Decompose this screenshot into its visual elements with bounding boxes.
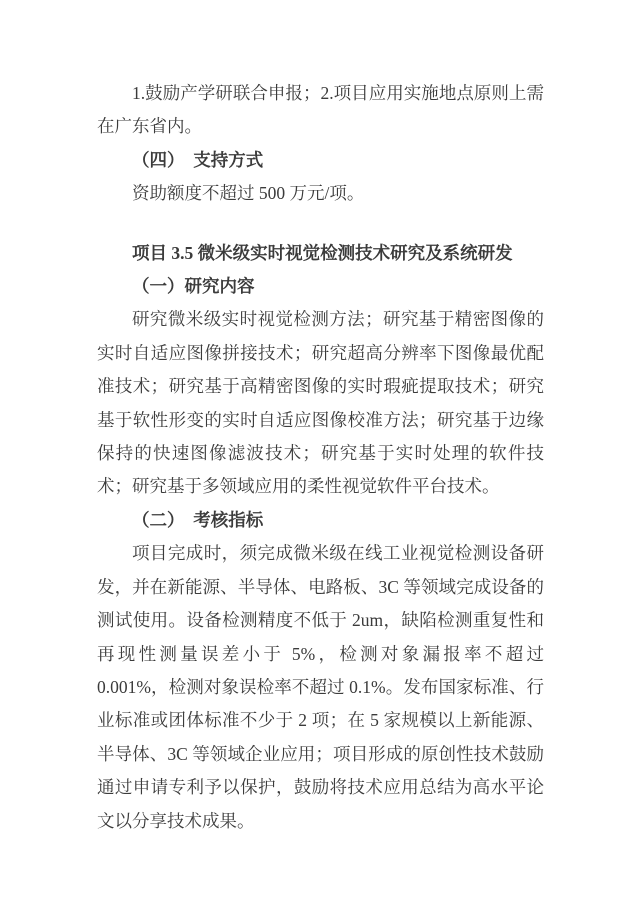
assessment-indicators-heading: （二） 考核指标 [97,504,544,537]
funding-amount-paragraph: 资助额度不超过 500 万元/项。 [97,177,544,210]
support-method-heading: （四） 支持方式 [97,144,544,177]
assessment-indicators-paragraph: 项目完成时，须完成微米级在线工业视觉检测设备研发，并在新能源、半导体、电路板、3… [97,537,544,838]
application-notes-paragraph: 1.鼓励产学研联合申报；2.项目应用实施地点原则上需在广东省内。 [97,77,544,144]
research-content-paragraph: 研究微米级实时视觉检测方法；研究基于精密图像的实时自适应图像拼接技术；研究超高分… [97,303,544,503]
document-content: 1.鼓励产学研联合申报；2.项目应用实施地点原则上需在广东省内。 （四） 支持方… [97,77,544,838]
research-content-heading: （一）研究内容 [97,270,544,303]
document-page: 1.鼓励产学研联合申报；2.项目应用实施地点原则上需在广东省内。 （四） 支持方… [0,0,640,905]
project-title: 项目 3.5 微米级实时视觉检测技术研究及系统研发 [97,237,544,270]
